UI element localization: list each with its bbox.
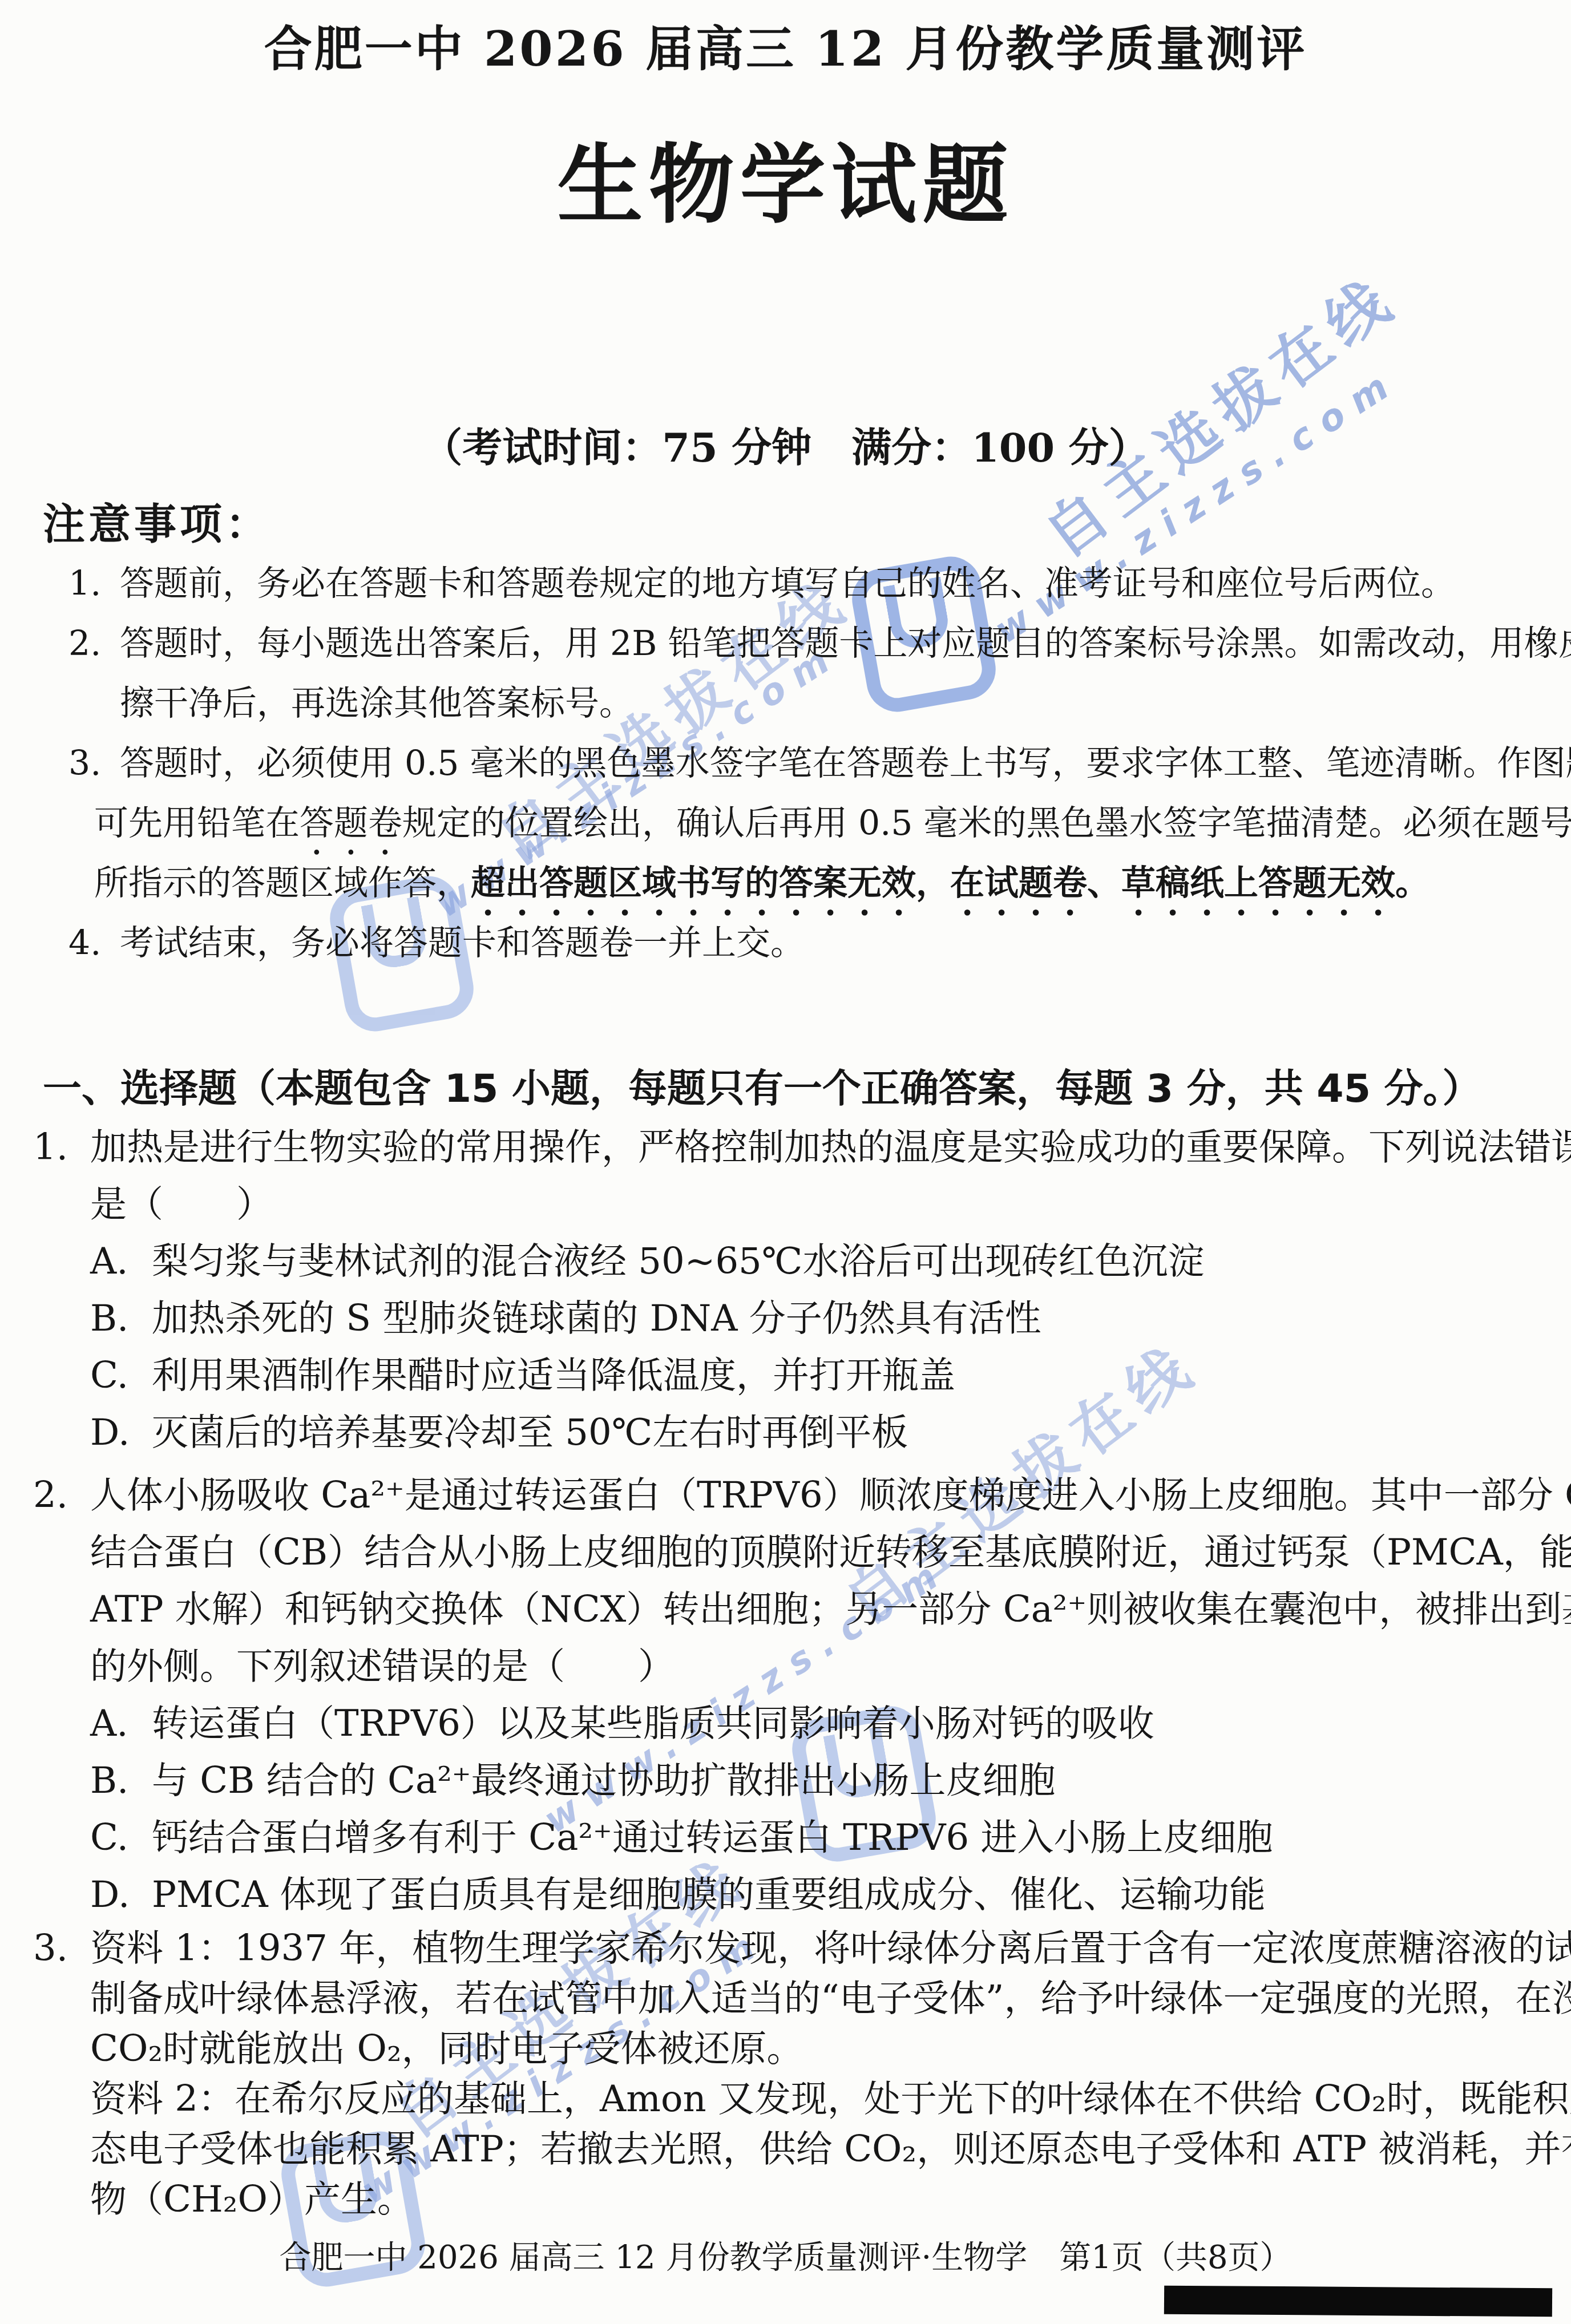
section-1-heading: 一、选择题（本题包含 15 小题，每题只有一个正确答案，每题 3 分，共 45 … bbox=[0, 1059, 1571, 1119]
note-item-3-emphasized-text: 答题卷 bbox=[300, 803, 402, 843]
option-d-text: PMCA 体现了蛋白质具有是细胞膜的重要组成成分、催化、运输功能 bbox=[152, 1874, 1266, 1916]
note-item-3-line-3: 所指示的答题区域作答，超出答题区域书写的答案无效，在试题卷、草稿纸上答题无效。 bbox=[0, 854, 1571, 914]
exam-title: 合肥一中 2026 届高三 12 月份教学质量测评 bbox=[0, 0, 1571, 81]
question-2-text: 人体小肠吸收 Ca²⁺是通过转运蛋白（TRPV6）顺浓度梯度进入小肠上皮细胞。其… bbox=[90, 1474, 1571, 1517]
question-2-option-b: B.与 CB 结合的 Ca²⁺最终通过协助扩散排出小肠上皮细胞 bbox=[0, 1752, 1571, 1809]
question-1-option-c: C.利用果酒制作果醋时应适当降低温度，并打开瓶盖 bbox=[0, 1347, 1571, 1404]
page-footer: 合肥一中 2026 届高三 12 月份教学质量测评·生物学 第1页（共8页） bbox=[0, 2232, 1571, 2278]
question-3-text-cont: 制备成叶绿体悬浮液，若在试管中加入适当的“电子受体”，给予叶绿体一定强度的光照，… bbox=[90, 1978, 1571, 2020]
question-3-line-2: 制备成叶绿体悬浮液，若在试管中加入适当的“电子受体”，给予叶绿体一定强度的光照，… bbox=[0, 1974, 1571, 2024]
question-2-line-3: ATP 水解）和钙钠交换体（NCX）转出细胞；另一部分 Ca²⁺则被收集在囊泡中… bbox=[0, 1581, 1571, 1638]
note-item-3-text-cont: 可先用铅笔在 bbox=[94, 803, 300, 843]
exam-paper-page: 自主选拔在线 www.zizzs.com 自主选拔在线 www.zizzs.co… bbox=[0, 0, 1571, 2324]
question-2-text-cont: 结合蛋白（CB）结合从小肠上皮细胞的顶膜附近转移至基底膜附近，通过钙泵（PMCA… bbox=[90, 1531, 1571, 1574]
note-item-2-line-2: 擦干净后，再选涂其他答案标号。 bbox=[0, 674, 1571, 734]
question-3: 3.资料 1：1937 年，植物生理学家希尔发现，将叶绿体分离后置于含有一定浓度… bbox=[0, 1923, 1571, 2225]
question-2-number: 2. bbox=[33, 1467, 90, 1524]
question-3-material-2-line-2: 态电子受体也能积累 ATP；若撤去光照，供给 CO₂，则还原态电子受体和 ATP… bbox=[0, 2124, 1571, 2175]
question-3-material-2-line-1: 资料 2：在希尔反应的基础上，Amon 又发现，处于光下的叶绿体在不供给 CO₂… bbox=[0, 2074, 1571, 2124]
question-1-line-1: 1.加热是进行生物实验的常用操作，严格控制加热的温度是实验成功的重要保障。下列说… bbox=[0, 1119, 1571, 1176]
question-2-option-a: A.转运蛋白（TRPV6）以及某些脂质共同影响着小肠对钙的吸收 bbox=[0, 1695, 1571, 1752]
option-a-label: A. bbox=[90, 1695, 152, 1752]
question-3-material-2-line-3: 物（CH₂O）产生。 bbox=[0, 2175, 1571, 2225]
question-2-option-d: D.PMCA 体现了蛋白质具有是细胞膜的重要组成成分、催化、运输功能 bbox=[0, 1866, 1571, 1923]
question-2-text-cont: 的外侧。下列叙述错误的是（ ） bbox=[90, 1646, 675, 1688]
question-2-line-1: 2.人体小肠吸收 Ca²⁺是通过转运蛋白（TRPV6）顺浓度梯度进入小肠上皮细胞… bbox=[0, 1467, 1571, 1524]
note-item-3-text-cont: 规定的位置绘出，确认后再用 0.5 毫米的黑色墨水签字笔描清楚。必须在题号 bbox=[402, 803, 1571, 843]
note-item-4: 4.考试结束，务必将答题卡和答题卷一并上交。 bbox=[0, 914, 1571, 973]
note-item-3-number: 3. bbox=[68, 734, 120, 794]
question-1-text: 加热是进行生物实验的常用操作，严格控制加热的温度是实验成功的重要保障。下列说法错… bbox=[90, 1126, 1571, 1169]
note-item-3-line-2: 可先用铅笔在答题卷规定的位置绘出，确认后再用 0.5 毫米的黑色墨水签字笔描清楚… bbox=[0, 794, 1571, 854]
question-3-line-1: 3.资料 1：1937 年，植物生理学家希尔发现，将叶绿体分离后置于含有一定浓度… bbox=[0, 1923, 1571, 1974]
option-a-label: A. bbox=[90, 1233, 152, 1290]
note-item-3-line-1: 3.答题时，必须使用 0.5 毫米的黑色墨水签字笔在答题卷上书写，要求字体工整、… bbox=[0, 734, 1571, 794]
question-2: 2.人体小肠吸收 Ca²⁺是通过转运蛋白（TRPV6）顺浓度梯度进入小肠上皮细胞… bbox=[0, 1467, 1571, 1923]
option-c-label: C. bbox=[90, 1809, 152, 1866]
question-3-text: 资料 1：1937 年，植物生理学家希尔发现，将叶绿体分离后置于含有一定浓度蔗糖… bbox=[90, 1927, 1571, 1970]
question-2-line-4: 的外侧。下列叙述错误的是（ ） bbox=[0, 1638, 1571, 1695]
option-b-text: 加热杀死的 S 型肺炎链球菌的 DNA 分子仍然具有活性 bbox=[152, 1298, 1041, 1340]
question-1-option-d: D.灭菌后的培养基要冷却至 50℃左右时再倒平板 bbox=[0, 1404, 1571, 1461]
question-3-text-cont: 资料 2：在希尔反应的基础上，Amon 又发现，处于光下的叶绿体在不供给 CO₂… bbox=[90, 2078, 1571, 2120]
page-footer-text: 合肥一中 2026 届高三 12 月份教学质量测评·生物学 第1页（共8页） bbox=[279, 2239, 1291, 2276]
note-item-2-text-cont: 擦干净后，再选涂其他答案标号。 bbox=[120, 684, 633, 724]
question-3-line-3: CO₂时就能放出 O₂，同时电子受体被还原。 bbox=[0, 2024, 1571, 2074]
question-1-option-b: B.加热杀死的 S 型肺炎链球菌的 DNA 分子仍然具有活性 bbox=[0, 1290, 1571, 1347]
exam-time-score-info: （考试时间：75 分钟 满分：100 分） bbox=[0, 423, 1571, 472]
option-d-text: 灭菌后的培养基要冷却至 50℃左右时再倒平板 bbox=[152, 1412, 908, 1454]
option-b-text: 与 CB 结合的 Ca²⁺最终通过协助扩散排出小肠上皮细胞 bbox=[152, 1760, 1056, 1802]
note-item-3-text: 答题时，必须使用 0.5 毫米的黑色墨水签字笔在答题卷上书写，要求字体工整、笔迹… bbox=[120, 743, 1571, 783]
question-1-option-a: A.梨匀浆与斐林试剂的混合液经 50~65℃水浴后可出现砖红色沉淀 bbox=[0, 1233, 1571, 1290]
note-item-1: 1.答题前，务必在答题卡和答题卷规定的地方填写自己的姓名、准考证号和座位号后两位… bbox=[0, 554, 1571, 614]
question-1-line-2: 是（ ） bbox=[0, 1176, 1571, 1233]
option-c-label: C. bbox=[90, 1347, 152, 1404]
scan-artifact-bar bbox=[1164, 2286, 1552, 2317]
question-1-number: 1. bbox=[33, 1119, 90, 1176]
subject-title: 生物学试题 bbox=[0, 135, 1571, 235]
note-item-2-text: 答题时，每小题选出答案后，用 2B 铅笔把答题卡上对应题目的答案标号涂黑。如需改… bbox=[120, 624, 1571, 664]
note-item-3-text-cont: 所指示的答题区域作答， bbox=[94, 863, 471, 903]
question-3-text-cont: 物（CH₂O）产生。 bbox=[90, 2179, 414, 2221]
note-item-3-invalid-warning-text: 超出答题区域书写的答案无效，在试题卷、草稿纸上答题无效。 bbox=[471, 863, 1429, 903]
question-3-number: 3. bbox=[33, 1923, 90, 1974]
option-c-text: 钙结合蛋白增多有利于 Ca²⁺通过转运蛋白 TRPV6 进入小肠上皮细胞 bbox=[152, 1817, 1273, 1859]
note-item-2-line-1: 2.答题时，每小题选出答案后，用 2B 铅笔把答题卡上对应题目的答案标号涂黑。如… bbox=[0, 614, 1571, 674]
option-c-text: 利用果酒制作果醋时应适当降低温度，并打开瓶盖 bbox=[152, 1355, 955, 1397]
question-1-text-cont: 是（ ） bbox=[90, 1183, 273, 1226]
option-d-label: D. bbox=[90, 1866, 152, 1923]
question-2-option-c: C.钙结合蛋白增多有利于 Ca²⁺通过转运蛋白 TRPV6 进入小肠上皮细胞 bbox=[0, 1809, 1571, 1866]
option-a-text: 转运蛋白（TRPV6）以及某些脂质共同影响着小肠对钙的吸收 bbox=[152, 1703, 1154, 1745]
question-1: 1.加热是进行生物实验的常用操作，严格控制加热的温度是实验成功的重要保障。下列说… bbox=[0, 1119, 1571, 1461]
note-item-4-number: 4. bbox=[68, 914, 120, 973]
question-2-line-2: 结合蛋白（CB）结合从小肠上皮细胞的顶膜附近转移至基底膜附近，通过钙泵（PMCA… bbox=[0, 1524, 1571, 1581]
option-d-label: D. bbox=[90, 1404, 152, 1461]
option-a-text: 梨匀浆与斐林试剂的混合液经 50~65℃水浴后可出现砖红色沉淀 bbox=[152, 1240, 1204, 1283]
note-item-2-number: 2. bbox=[68, 614, 120, 674]
question-3-text-cont: CO₂时就能放出 O₂，同时电子受体被还原。 bbox=[90, 2028, 803, 2070]
option-b-label: B. bbox=[90, 1752, 152, 1809]
question-3-text-cont: 态电子受体也能积累 ATP；若撤去光照，供给 CO₂，则还原态电子受体和 ATP… bbox=[90, 2128, 1571, 2171]
note-item-4-text: 考试结束，务必将答题卡和答题卷一并上交。 bbox=[120, 923, 805, 963]
note-item-1-number: 1. bbox=[68, 554, 120, 614]
notes-heading: 注意事项： bbox=[0, 495, 1571, 554]
note-item-1-text: 答题前，务必在答题卡和答题卷规定的地方填写自己的姓名、准考证号和座位号后两位。 bbox=[120, 564, 1455, 604]
option-b-label: B. bbox=[90, 1290, 152, 1347]
question-2-text-cont: ATP 水解）和钙钠交换体（NCX）转出细胞；另一部分 Ca²⁺则被收集在囊泡中… bbox=[90, 1589, 1571, 1631]
